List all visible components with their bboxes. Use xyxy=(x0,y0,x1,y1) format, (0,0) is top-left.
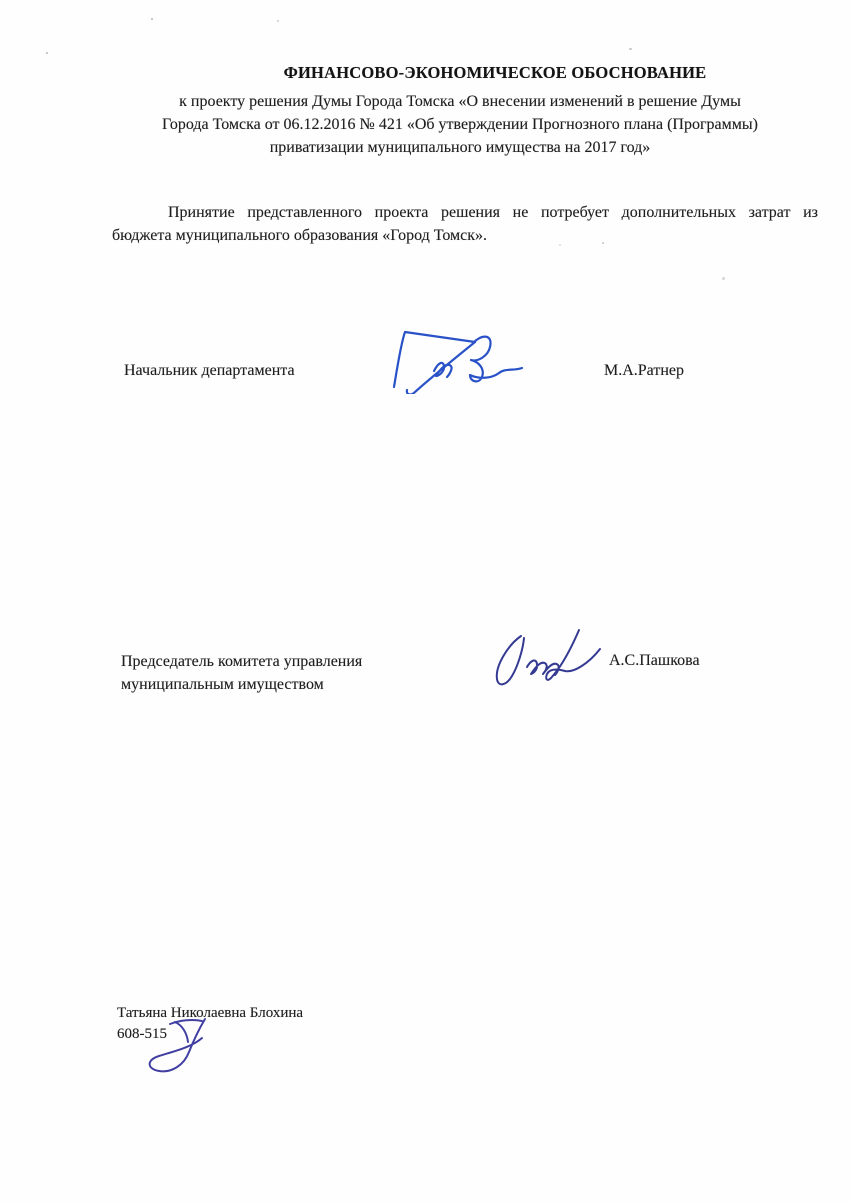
document-subtitle: к проекту решения Думы Города Томска «О … xyxy=(103,90,817,159)
scan-speck xyxy=(277,20,279,22)
signatory-name: А.С.Пашкова xyxy=(609,652,700,670)
signature-ratner-icon xyxy=(388,326,530,394)
signature-pashkova-icon xyxy=(486,627,604,691)
body-paragraph: бюджета муниципального образования «Горо… xyxy=(112,227,818,245)
body-paragraph: Принятие представленного проекта решения… xyxy=(112,204,818,222)
scan-speck xyxy=(46,52,48,54)
scan-speck xyxy=(722,277,725,280)
signature-paraph-icon xyxy=(142,1016,247,1078)
scan-speck xyxy=(629,48,632,50)
signatory-position: Председатель комитета управления муницип… xyxy=(121,650,362,696)
scan-speck xyxy=(559,244,561,246)
document-title: ФИНАНСОВО-ЭКОНОМИЧЕСКОЕ ОБОСНОВАНИЕ xyxy=(140,63,850,83)
document-page: ФИНАНСОВО-ЭКОНОМИЧЕСКОЕ ОБОСНОВАНИЕ к пр… xyxy=(0,0,850,1203)
signatory-position: Начальник департамента xyxy=(124,362,295,380)
signatory-name: М.А.Ратнер xyxy=(604,362,684,380)
scan-speck xyxy=(602,242,604,244)
scan-speck xyxy=(151,18,153,20)
